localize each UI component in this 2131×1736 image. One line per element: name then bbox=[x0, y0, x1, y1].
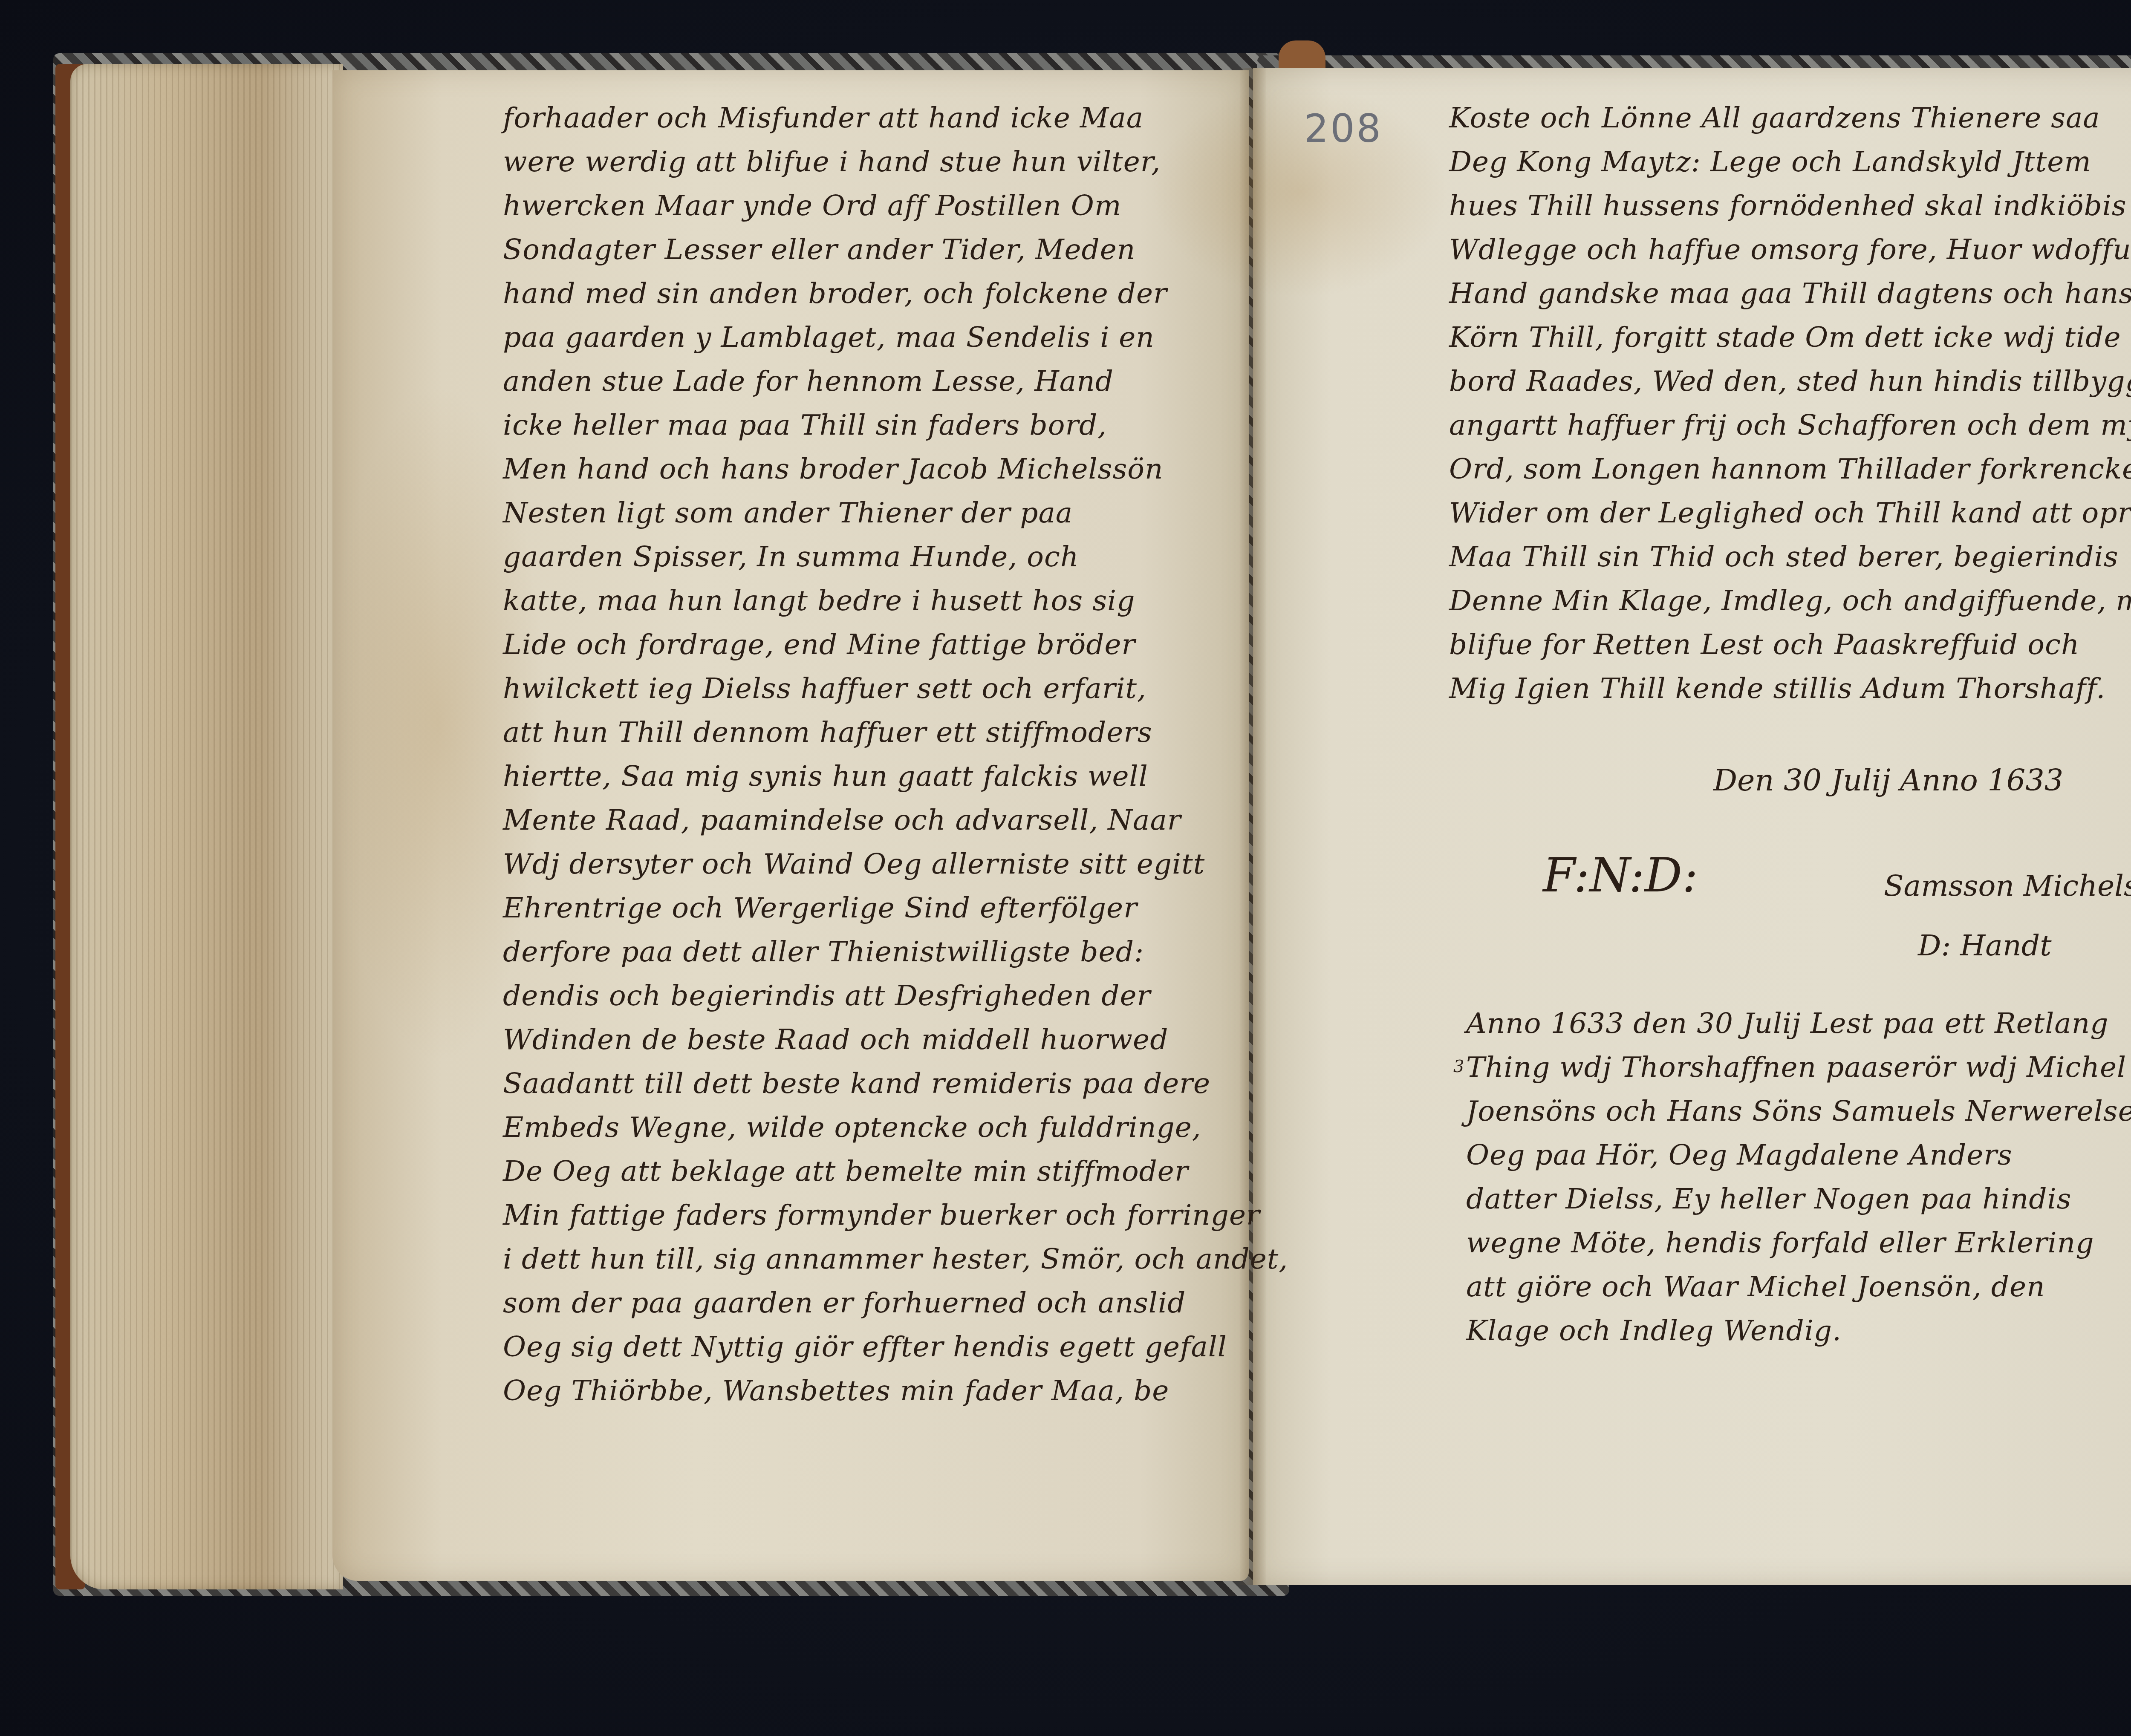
text-line: Wdlegge och haffue omsorg fore, Huor wdo… bbox=[1449, 228, 2131, 271]
text-line: Nesten ligt som ander Thiener der paa bbox=[503, 491, 1249, 535]
text-line: datter Dielss, Ey heller Nogen paa hindi… bbox=[1466, 1177, 2131, 1221]
text-line: Thing wdj Thorshaffnen paaserör wdj Mich… bbox=[1466, 1045, 2131, 1089]
text-line: Ord, som Longen hannom Thillader forkren… bbox=[1449, 447, 2131, 491]
text-line: att giöre och Waar Michel Joensön, den bbox=[1466, 1265, 2131, 1309]
text-line: were werdig att blifue i hand stue hun v… bbox=[503, 140, 1249, 184]
signature-name: Samsson Michelsson bbox=[1884, 869, 2131, 903]
folio-number: 208 bbox=[1304, 107, 1383, 151]
text-line: icke heller maa paa Thill sin faders bor… bbox=[503, 403, 1249, 447]
text-line: Ehrentrige och Wergerlige Sind efterfölg… bbox=[503, 886, 1249, 930]
text-line: paa gaarden y Lamblaget, maa Sendelis i … bbox=[503, 315, 1249, 359]
text-line: dendis och begierindis att Desfrigheden … bbox=[503, 974, 1249, 1018]
text-line: Embeds Wegne, wilde optencke och fulddri… bbox=[503, 1105, 1249, 1149]
text-line: Sondagter Lesser eller ander Tider, Mede… bbox=[503, 228, 1249, 271]
text-line: Klage och Indleg Wendig. bbox=[1466, 1309, 2131, 1352]
text-line: att hun Thill dennom haffuer ett stiffmo… bbox=[503, 710, 1249, 754]
text-line: Oeg sig dett Nyttig giör effter hendis e… bbox=[503, 1325, 1249, 1369]
text-line: som der paa gaarden er forhuerned och an… bbox=[503, 1281, 1249, 1325]
text-line: derfore paa dett aller Thienistwilligste… bbox=[503, 930, 1249, 974]
text-line: Saadantt till dett beste kand remideris … bbox=[503, 1061, 1249, 1105]
text-line: Joensöns och Hans Söns Samuels Nerwerels… bbox=[1466, 1089, 2131, 1133]
text-line: anden stue Lade for hennom Lesse, Hand bbox=[503, 359, 1249, 403]
text-line: Min fattige faders formynder buerker och… bbox=[503, 1193, 1249, 1237]
text-line: Denne Min Klage, Imdleg, och andgiffuend… bbox=[1449, 579, 2131, 623]
right-page-body-text: Koste och Lönne All gaardzens Thienere s… bbox=[1449, 96, 2131, 710]
text-line: hwercken Maar ynde Ord aff Postillen Om bbox=[503, 184, 1249, 228]
text-line: Körn Thill, forgitt stade Om dett icke w… bbox=[1449, 315, 2131, 359]
text-line: Wider om der Leglighed och Thill kand at… bbox=[1449, 491, 2131, 535]
text-line: forhaader och Misfunder att hand icke Ma… bbox=[503, 96, 1249, 140]
text-line: Koste och Lönne All gaardzens Thienere s… bbox=[1449, 96, 2131, 140]
text-line: Men hand och hans broder Jacob Michelssö… bbox=[503, 447, 1249, 491]
text-line: blifue for Retten Lest och Paaskreffuid … bbox=[1449, 623, 2131, 666]
text-line: De Oeg att beklage att bemelte min stiff… bbox=[503, 1149, 1249, 1193]
text-line: Oeg paa Hör, Oeg Magdalene Anders bbox=[1466, 1133, 2131, 1177]
text-line: Wdinden de beste Raad och middell huorwe… bbox=[503, 1018, 1249, 1061]
margin-mark: 3 bbox=[1453, 1057, 1464, 1076]
text-line: angartt haffuer frij och Schafforen och … bbox=[1449, 403, 2131, 447]
text-line: hand med sin anden broder, och folckene … bbox=[503, 271, 1249, 315]
court-entry-text: Anno 1633 den 30 Julij Lest paa ett Retl… bbox=[1466, 1001, 2131, 1352]
signature-hand-note: D: Handt bbox=[1918, 929, 2052, 963]
left-page-fore-edge-stack bbox=[70, 64, 343, 1589]
text-line: hues Thill hussens fornödenhed skal indk… bbox=[1449, 184, 2131, 228]
text-line: hiertte, Saa mig synis hun gaatt falckis… bbox=[503, 754, 1249, 798]
text-line: gaarden Spisser, In summa Hunde, och bbox=[503, 535, 1249, 579]
text-line: Mente Raad, paamindelse och advarsell, N… bbox=[503, 798, 1249, 842]
date-line: Den 30 Julij Anno 1633 bbox=[1713, 763, 2063, 798]
text-line: Wdj dersyter och Waind Oeg allerniste si… bbox=[503, 842, 1249, 886]
text-line: Anno 1633 den 30 Julij Lest paa ett Retl… bbox=[1466, 1001, 2131, 1045]
left-page-text: forhaader och Misfunder att hand icke Ma… bbox=[503, 96, 1249, 1413]
text-line: hwilckett ieg Dielss haffuer sett och er… bbox=[503, 666, 1249, 710]
text-line: Deg Kong Maytz: Lege och Landskyld Jttem bbox=[1449, 140, 2131, 184]
text-line: katte, maa hun langt bedre i husett hos … bbox=[503, 579, 1249, 623]
signature-initials: F:N:D: bbox=[1543, 848, 1698, 903]
text-line: i dett hun till, sig annammer hester, Sm… bbox=[503, 1237, 1249, 1281]
text-line: Maa Thill sin Thid och sted berer, begie… bbox=[1449, 535, 2131, 579]
text-line: wegne Möte, hendis forfald eller Erkleri… bbox=[1466, 1221, 2131, 1265]
text-line: Hand gandske maa gaa Thill dagtens och h… bbox=[1449, 271, 2131, 315]
text-line: Mig Igien Thill kende stillis Adum Thors… bbox=[1449, 666, 2131, 710]
text-line: bord Raades, Wed den, sted hun hindis ti… bbox=[1449, 359, 2131, 403]
text-line: Oeg Thiörbbe, Wansbettes min fader Maa, … bbox=[503, 1369, 1249, 1413]
text-line: Lide och fordrage, end Mine fattige bröd… bbox=[503, 623, 1249, 666]
